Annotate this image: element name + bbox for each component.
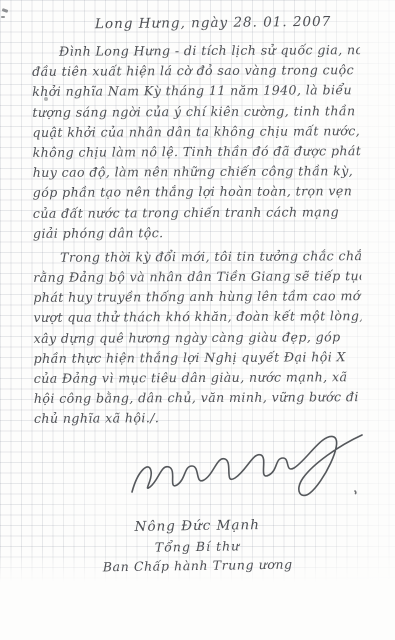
handwritten-line: Trong thời kỳ đổi mới, tôi tin tưởng chắ… — [33, 246, 361, 268]
handwritten-line: của đất nước ta trong chiến tranh cách m… — [33, 202, 361, 224]
handwritten-line: hội công bằng, dân chủ, văn minh, vững b… — [34, 387, 362, 409]
handwritten-line: góp phần tạo nên thắng lợi hoàn toàn, tr… — [33, 181, 361, 203]
handwritten-line: của Đảng vì mục tiêu dân giàu, nước mạnh… — [34, 367, 362, 389]
handwritten-line: giải phóng dân tộc. — [33, 222, 361, 244]
handwritten-line: xây dựng quê hương ngày càng giàu đẹp, g… — [33, 327, 361, 349]
handwritten-line: phát huy truyền thống anh hùng lên tầm c… — [33, 286, 361, 308]
handwritten-line: không chịu làm nô lệ. Tinh thần đó đã đư… — [33, 141, 361, 163]
handwritten-line: đầu tiên xuất hiện lá cờ đỏ sao vàng tro… — [32, 60, 360, 82]
signature-flourish-icon — [124, 428, 370, 510]
handwritten-line: huy cao độ, làm nên những chiến công thầ… — [33, 161, 361, 183]
handwritten-line: phần thực hiện thắng lợi Nghị quyết Đại … — [34, 347, 362, 369]
handwritten-line: quật khởi của nhân dân ta không chịu mất… — [32, 121, 360, 143]
handwritten-line: tượng sáng ngời của ý chí kiên cường, ti… — [32, 101, 360, 123]
signature-block: Nông Đức Mạnh Tổng Bí thư Ban Chấp hành … — [0, 513, 395, 578]
handwritten-line: rằng Đảng bộ và nhân dân Tiền Giang sẽ t… — [33, 266, 361, 288]
handwritten-line: khởi nghĩa Nam Kỳ tháng 11 năm 1940, là … — [32, 81, 360, 103]
scan-artifact — [1, 16, 5, 18]
dateline: Long Hưng, ngày 28. 01. 2007 — [95, 14, 331, 32]
handwritten-line: chủ nghĩa xã hội./. — [34, 408, 362, 430]
letter-page: Long Hưng, ngày 28. 01. 2007 Đình Long H… — [0, 0, 395, 640]
handwritten-line: vượt qua thử thách khó khăn, đoàn kết mộ… — [33, 307, 361, 329]
letter-body: Đình Long Hưng - di tích lịch sử quốc gi… — [32, 40, 362, 429]
handwritten-line: Đình Long Hưng - di tích lịch sử quốc gi… — [32, 40, 360, 62]
